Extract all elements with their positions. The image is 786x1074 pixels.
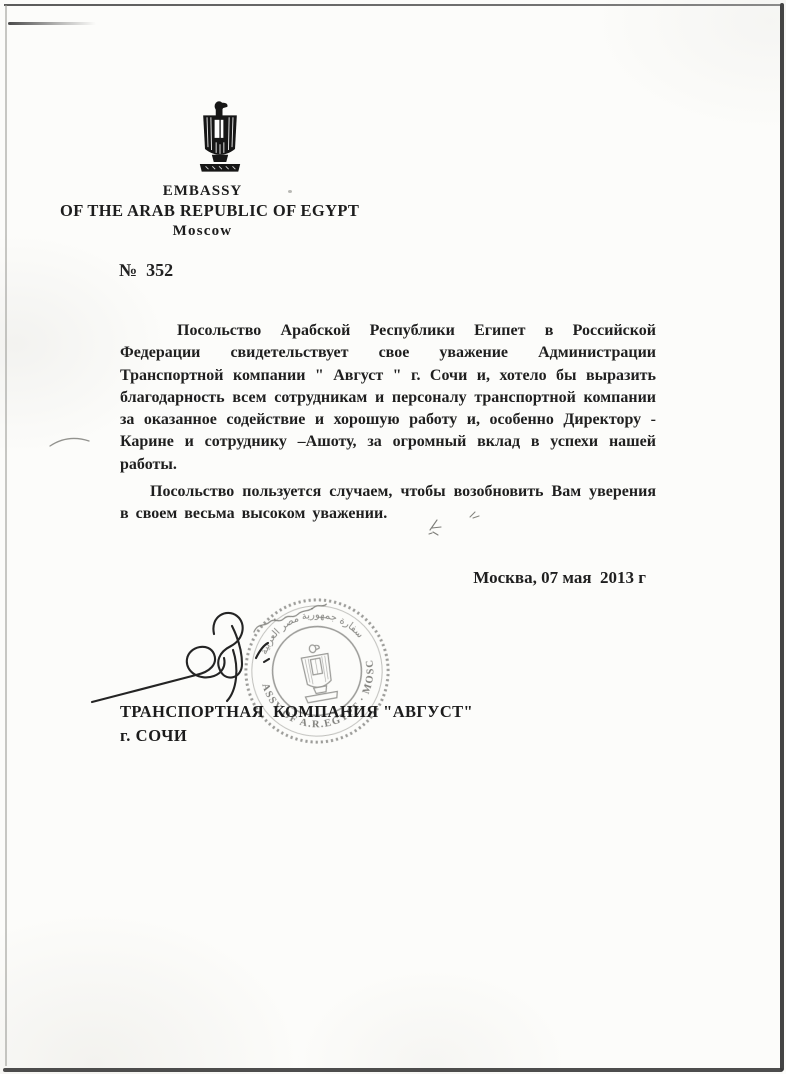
recipient-city: г. СОЧИ [120,726,473,746]
scan-edge-left [5,5,7,1066]
recipient-company-name: ТРАНСПОРТНАЯ КОМПАНИЯ "АВГУСТ" [120,702,473,722]
egypt-eagle-emblem-icon [195,99,245,176]
embassy-city-line: Moscow [60,223,345,240]
embassy-country-line: OF THE ARAB REPUBLIC OF EGYPT [60,201,345,221]
scan-artifact-line [8,22,96,25]
scan-edge-top [4,4,780,6]
document-scan: EMBASSY OF THE ARAB REPUBLIC OF EGYPT Mo… [0,0,786,1074]
pen-mark-icon [48,432,92,450]
embassy-name-line: EMBASSY [60,183,345,200]
body-paragraph-1: Посольство Арабской Республики Египет в … [120,320,656,476]
body-paragraph-2: Посольство пользуется случаем, чтобы воз… [120,481,656,526]
reference-number: № 352 [119,260,173,281]
letterhead: EMBASSY OF THE ARAB REPUBLIC OF EGYPT Mo… [60,183,345,240]
recipient-block: ТРАНСПОРТНАЯ КОМПАНИЯ "АВГУСТ" г. СОЧИ [120,702,473,746]
scan-edge-bottom [3,1068,783,1072]
scan-edge-right [780,3,784,1071]
